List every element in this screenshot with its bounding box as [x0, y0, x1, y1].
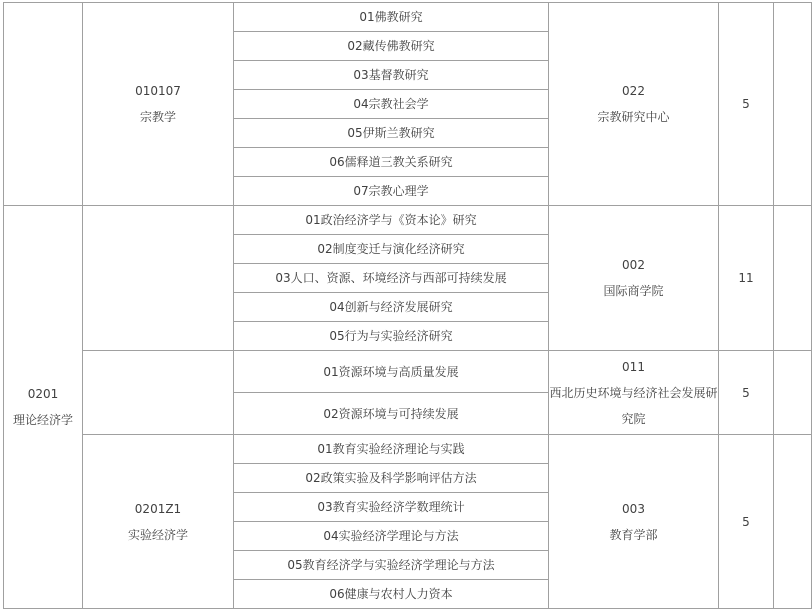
department-name: 国际商学院 [549, 278, 718, 304]
discipline-cell: 0201Z1 实验经济学 [83, 435, 234, 609]
discipline-cell: 010107 宗教学 [83, 3, 234, 206]
department-code: 022 [549, 78, 718, 104]
section-code-cell-empty [4, 3, 83, 206]
department-code: 002 [549, 252, 718, 278]
discipline-cell-empty [83, 206, 234, 351]
quota-cell: 5 [719, 351, 774, 435]
direction-cell: 05伊斯兰教研究 [234, 119, 549, 148]
department-name: 教育学部 [549, 522, 718, 548]
remarks-cell-empty [774, 435, 812, 609]
remarks-cell-empty [774, 351, 812, 435]
direction-cell: 06健康与农村人力资本 [234, 580, 549, 609]
department-cell: 003 教育学部 [549, 435, 719, 609]
direction-cell: 02政策实验及科学影响评估方法 [234, 464, 549, 493]
discipline-name: 实验经济学 [83, 522, 233, 548]
direction-cell: 03人口、资源、环境经济与西部可持续发展 [234, 264, 549, 293]
direction-cell: 04创新与经济发展研究 [234, 293, 549, 322]
department-code: 011 [549, 354, 718, 380]
department-cell: 002 国际商学院 [549, 206, 719, 351]
direction-cell: 06儒释道三教关系研究 [234, 148, 549, 177]
direction-cell: 04实验经济学理论与方法 [234, 522, 549, 551]
discipline-cell-empty [83, 351, 234, 435]
direction-cell: 01资源环境与高质量发展 [234, 351, 549, 393]
department-cell: 011 西北历史环境与经济社会发展研究院 [549, 351, 719, 435]
direction-cell: 05教育经济学与实验经济学理论与方法 [234, 551, 549, 580]
direction-cell: 04宗教社会学 [234, 90, 549, 119]
quota-cell: 5 [719, 3, 774, 206]
direction-cell: 03基督教研究 [234, 61, 549, 90]
direction-cell: 02藏传佛教研究 [234, 32, 549, 61]
direction-cell: 03教育实验经济学数理统计 [234, 493, 549, 522]
section-name: 理论经济学 [4, 407, 82, 433]
direction-cell: 01政治经济学与《资本论》研究 [234, 206, 549, 235]
direction-cell: 02制度变迁与演化经济研究 [234, 235, 549, 264]
remarks-cell-empty [774, 3, 812, 206]
direction-cell: 02资源环境与可持续发展 [234, 393, 549, 435]
department-cell: 022 宗教研究中心 [549, 3, 719, 206]
remarks-cell-empty [774, 206, 812, 351]
section-code-cell: 0201 理论经济学 [4, 206, 83, 609]
department-code: 003 [549, 496, 718, 522]
discipline-code: 010107 [83, 78, 233, 104]
direction-cell: 01佛教研究 [234, 3, 549, 32]
discipline-name: 宗教学 [83, 104, 233, 130]
admissions-table: 010107 宗教学 01佛教研究 022 宗教研究中心 5 02藏传佛教研究 … [3, 2, 812, 609]
direction-cell: 05行为与实验经济研究 [234, 322, 549, 351]
direction-cell: 07宗教心理学 [234, 177, 549, 206]
section-code: 0201 [4, 381, 82, 407]
quota-cell: 11 [719, 206, 774, 351]
direction-cell: 01教育实验经济理论与实践 [234, 435, 549, 464]
department-name: 西北历史环境与经济社会发展研究院 [549, 380, 718, 432]
quota-cell: 5 [719, 435, 774, 609]
discipline-code: 0201Z1 [83, 496, 233, 522]
department-name: 宗教研究中心 [549, 104, 718, 130]
